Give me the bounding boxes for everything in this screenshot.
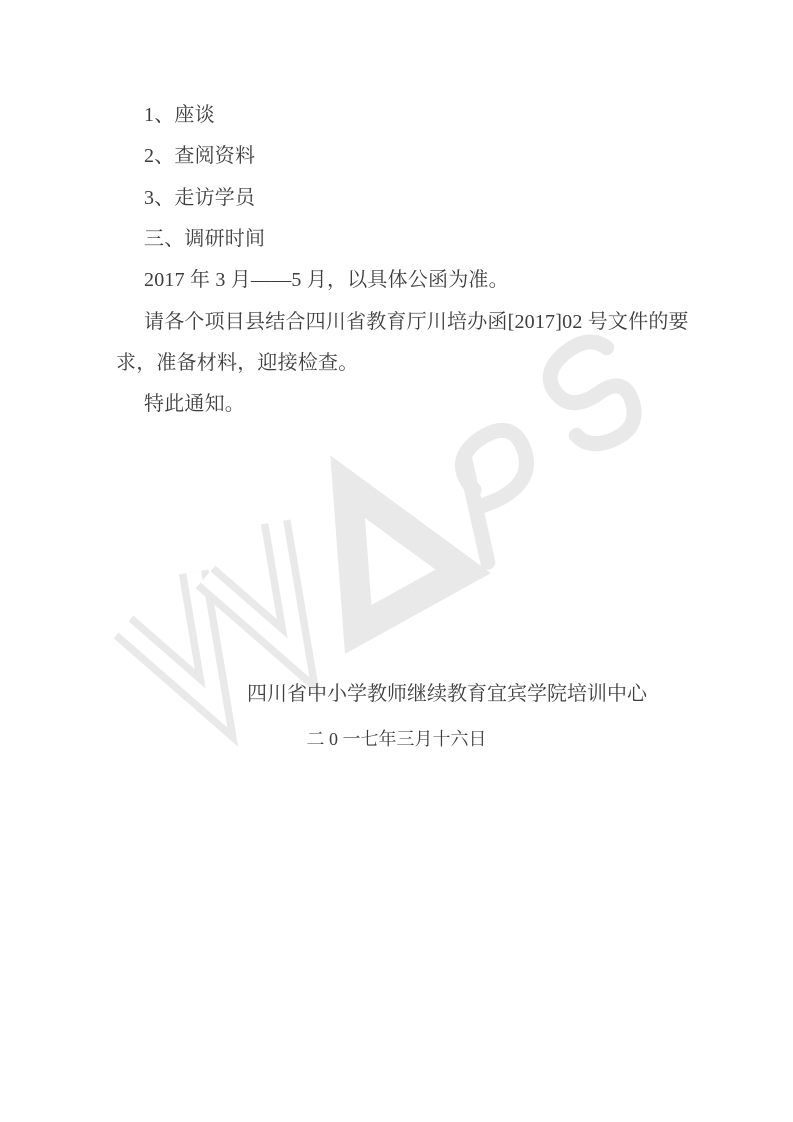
document-page: 1、座谈 2、查阅资料 3、走访学员 三、调研时间 2017 年 3 月——5 … [0, 0, 793, 1122]
body-line-request-1: 请各个项目县结合四川省教育厅川培办函[2017]02 号文件的要 [116, 302, 676, 343]
list-item-2: 2、查阅资料 [116, 136, 676, 177]
body-line-date-range: 2017 年 3 月——5 月，以具体公函为准。 [116, 260, 676, 301]
list-item-1: 1、座谈 [116, 95, 676, 136]
signature-date: 二 0 一七年三月十六日 [0, 727, 793, 751]
watermark-letter-p [433, 422, 563, 562]
list-item-3: 3、走访学员 [116, 178, 676, 219]
section-heading: 三、调研时间 [116, 219, 676, 260]
watermark-triangle [295, 458, 463, 630]
watermark-w-chevron2 [199, 522, 339, 678]
signature-organization: 四川省中小学教师继续教育宜宾学院培训中心 [247, 681, 647, 707]
watermark-w-chevron1-core [117, 572, 257, 728]
watermark-w-chevron1 [117, 572, 257, 728]
body-line-notice: 特此通知。 [116, 384, 676, 425]
watermark-w-chevron2-core [199, 522, 339, 678]
document-body: 1、座谈 2、查阅资料 3、走访学员 三、调研时间 2017 年 3 月——5 … [116, 95, 676, 426]
body-line-request-2: 求，准备材料，迎接检查。 [116, 343, 676, 384]
